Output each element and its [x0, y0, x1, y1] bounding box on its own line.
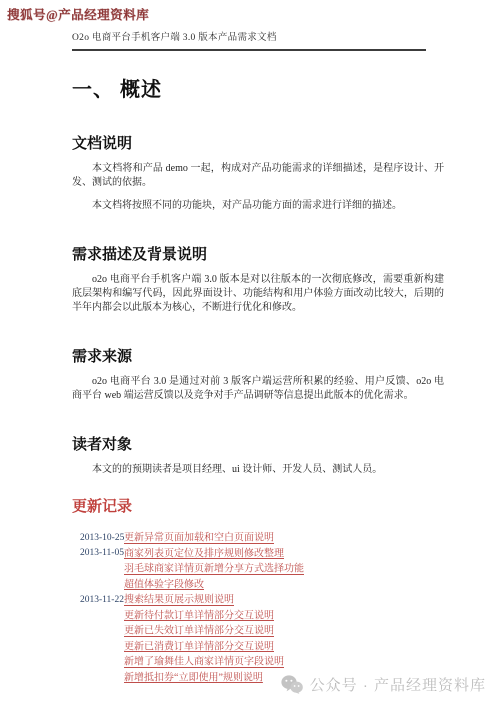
- update-log-row: 更新已失效订单详情部分交互说明: [72, 623, 444, 639]
- update-log-row: 更新已消费订单详情部分交互说明: [72, 639, 444, 655]
- paragraph: 本文档将和产品 demo 一起，构成对产品功能需求的详细描述，是程序设计、开发、…: [72, 162, 444, 190]
- update-log-row: 超值体验字段修改: [72, 577, 444, 593]
- update-log-row: 更新待付款订单详情部分交互说明: [72, 608, 444, 624]
- update-log-link[interactable]: 超值体验字段修改: [124, 579, 204, 590]
- update-log-date: 2013-10-25: [80, 531, 124, 547]
- update-log-link[interactable]: 新增抵扣券“立即使用”规则说明: [124, 672, 263, 683]
- paragraph: 本文的的预期读者是项目经理、ui 设计师、开发人员、测试人员。: [72, 463, 444, 477]
- document-body: 一、 概述 文档说明 本文档将和产品 demo 一起，构成对产品功能需求的详细描…: [0, 73, 500, 685]
- section-heading-requirement-source: 需求来源: [72, 345, 444, 366]
- page-header-title: O2o 电商平台手机客户端 3.0 版本产品需求文档: [72, 33, 277, 43]
- watermark: 搜狐号@产品经理资料库: [7, 5, 149, 23]
- footer-label: 公众号 · 产品经理资料库: [310, 674, 486, 695]
- update-log-date: 2013-11-05: [80, 546, 124, 562]
- update-log: 2013-10-25更新异常页面加载和空白页面说明 2013-11-05商家列表…: [72, 530, 444, 685]
- update-log-row: 2013-10-25更新异常页面加载和空白页面说明: [72, 530, 444, 546]
- update-log-link[interactable]: 商家列表页定位及排序规则修改整理: [124, 548, 284, 559]
- section-heading-requirement-background: 需求描述及背景说明: [72, 243, 444, 264]
- footer-branding: 公众号 · 产品经理资料库: [281, 674, 486, 695]
- page-header: O2o 电商平台手机客户端 3.0 版本产品需求文档: [72, 27, 426, 51]
- section-heading-doc-description: 文档说明: [72, 132, 444, 153]
- update-log-link[interactable]: 更新待付款订单详情部分交互说明: [124, 610, 274, 621]
- chapter-title: 一、 概述: [72, 73, 444, 102]
- update-log-link[interactable]: 更新已失效订单详情部分交互说明: [124, 626, 274, 637]
- update-log-link[interactable]: 羽毛球商家详情页新增分享方式选择功能: [124, 564, 304, 575]
- paragraph: o2o 电商平台 3.0 是通过对前 3 版客户端运营所积累的经验、用户反馈、o…: [72, 375, 444, 403]
- update-log-row: 羽毛球商家详情页新增分享方式选择功能: [72, 561, 444, 577]
- paragraph: 本文档将按照不同的功能块，对产品功能方面的需求进行详细的描述。: [72, 199, 444, 213]
- update-log-link[interactable]: 更新异常页面加载和空白页面说明: [124, 533, 274, 544]
- update-log-row: 新增了瑜舞佳人商家详情页字段说明: [72, 654, 444, 670]
- update-log-link[interactable]: 更新已消费订单详情部分交互说明: [124, 641, 274, 652]
- section-heading-update-log: 更新记录: [72, 495, 444, 516]
- update-log-row: 2013-11-22搜索结果页展示规则说明: [72, 592, 444, 608]
- update-log-link[interactable]: 搜索结果页展示规则说明: [124, 595, 234, 606]
- section-heading-audience: 读者对象: [72, 433, 444, 454]
- update-log-date: 2013-11-22: [80, 593, 124, 609]
- update-log-row: 2013-11-05商家列表页定位及排序规则修改整理: [72, 546, 444, 562]
- wechat-icon: [281, 675, 303, 694]
- update-log-link[interactable]: 新增了瑜舞佳人商家详情页字段说明: [124, 657, 284, 668]
- paragraph: o2o 电商平台手机客户端 3.0 版本是对以往版本的一次彻底修改，需要重新构建…: [72, 273, 444, 315]
